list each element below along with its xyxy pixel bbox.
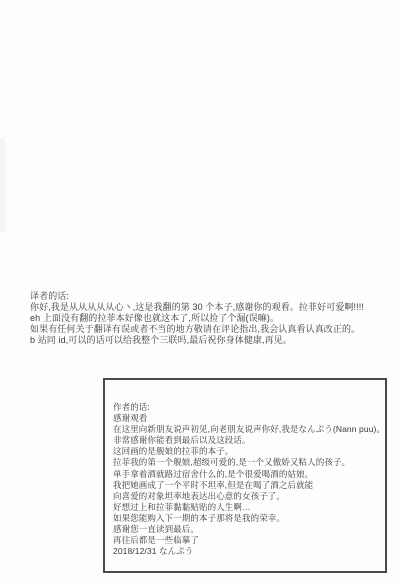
translator-note-line: eh 上面没有翻的拉菲本好像也就这本了,所以捡了个漏(误嘛)。 [30,313,364,324]
translator-note-line: 你好,我是从从从从从心丶,这是我翻的第 30 个本子,感谢你的观看。拉菲好可爱啊… [30,302,364,313]
author-note-line: 在这里向新朋友说声初见,向老朋友说声你好,我是なんぷう(Nann puu)。 [113,424,382,435]
author-note-box: 作者的话: 感谢观看 在这里向新朋友说声初见,向老朋友说声你好,我是なんぷう(N… [103,378,387,573]
author-note-line: 非常感谢你能看到最后以及这段话。 [113,435,382,446]
author-note-line: 单手拿着酒就路过宿舍什么的,是个很爱喝酒的姑娘。 [113,469,382,480]
translator-note-heading: 译者的话: [30,291,364,302]
author-note-line: 感谢您一直读到最后。 [113,524,382,535]
author-note-line: 感谢观看 [113,413,382,424]
scanned-afterword-page: 译者的话: 你好,我是从从从从从心丶,这是我翻的第 30 个本子,感谢你的观看。… [0,0,400,584]
author-note-line: 这回画的是舰娘的拉菲的本子。 [113,446,382,457]
author-note-line: 我把她画成了一个平时不坦率,但是在喝了酒之后就能 [113,480,382,491]
author-note-heading: 作者的话: [113,402,382,413]
translator-note-line: 如果有任何关于翻译有误或者不当的地方敬请在评论指出,我会认真看认真改正的。 [30,324,364,335]
author-note-line: 再往后都是一些临摹了 [113,535,382,546]
author-note-line: 如果您能购入下一期的本子那将是我的荣幸。 [113,513,382,524]
author-note-date-signature: 2018/12/31 なんぷう [113,546,382,557]
author-note-line: 拉菲我的第一个舰娘,超级可爱的,是一个又傲娇又粘人的孩子。 [113,457,382,468]
translator-note-line: b 站同 id,可以的话可以给我整个三联吗,最后祝你身体健康,再见。 [30,335,364,346]
scan-artifact [0,138,6,233]
author-note-line: 好想过上和拉菲黏黏贴贴的人生啊… [113,502,382,513]
author-note-line: 向喜爱的对象坦率地表达出心意的女孩子了。 [113,491,382,502]
translator-note-block: 译者的话: 你好,我是从从从从从心丶,这是我翻的第 30 个本子,感谢你的观看。… [30,291,364,346]
